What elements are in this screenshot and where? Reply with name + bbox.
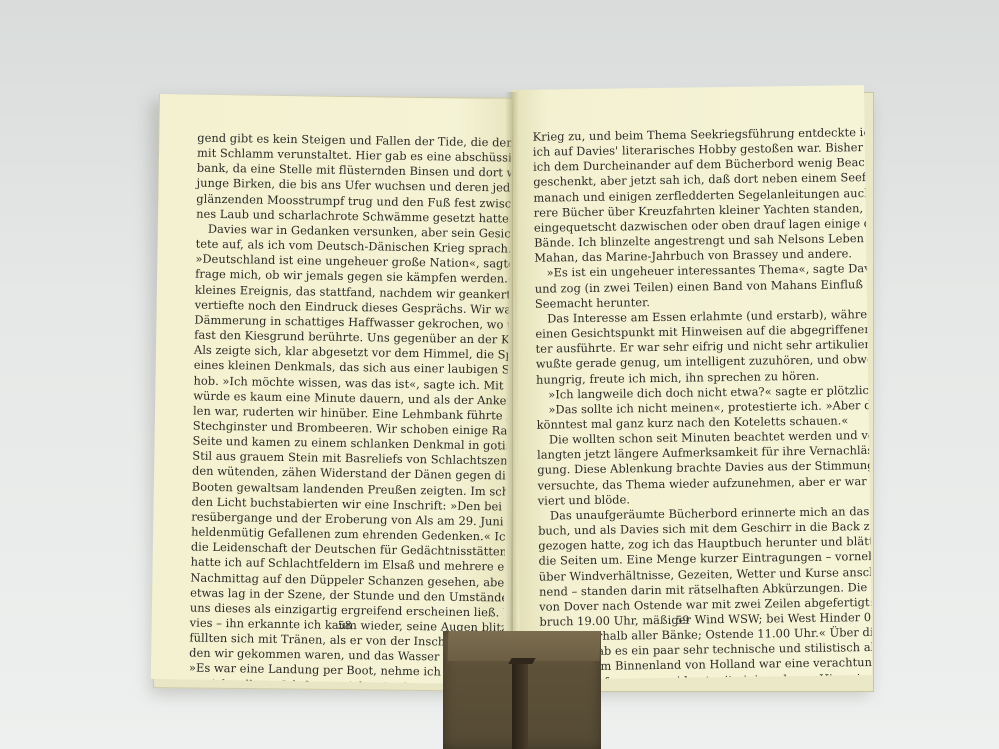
photo-scene: gend gibt es kein Steigen und Fallen der… [0, 0, 999, 749]
book-stand-top [447, 631, 600, 661]
book-gutter [505, 92, 519, 682]
right-page: Krieg zu, und beim Thema Seekriegsführun… [512, 85, 872, 680]
right-page-text: Krieg zu, und beim Thema Seekriegsführun… [533, 126, 841, 680]
page-number-right: 59 [675, 614, 689, 627]
page-number-left: 58 [338, 619, 352, 632]
book-stand-slot-opening [508, 658, 535, 664]
left-page: gend gibt es kein Steigen und Fallen der… [151, 94, 512, 684]
book-stand-slot [512, 660, 528, 749]
left-page-text: gend gibt es kein Steigen und Fallen der… [188, 131, 497, 685]
